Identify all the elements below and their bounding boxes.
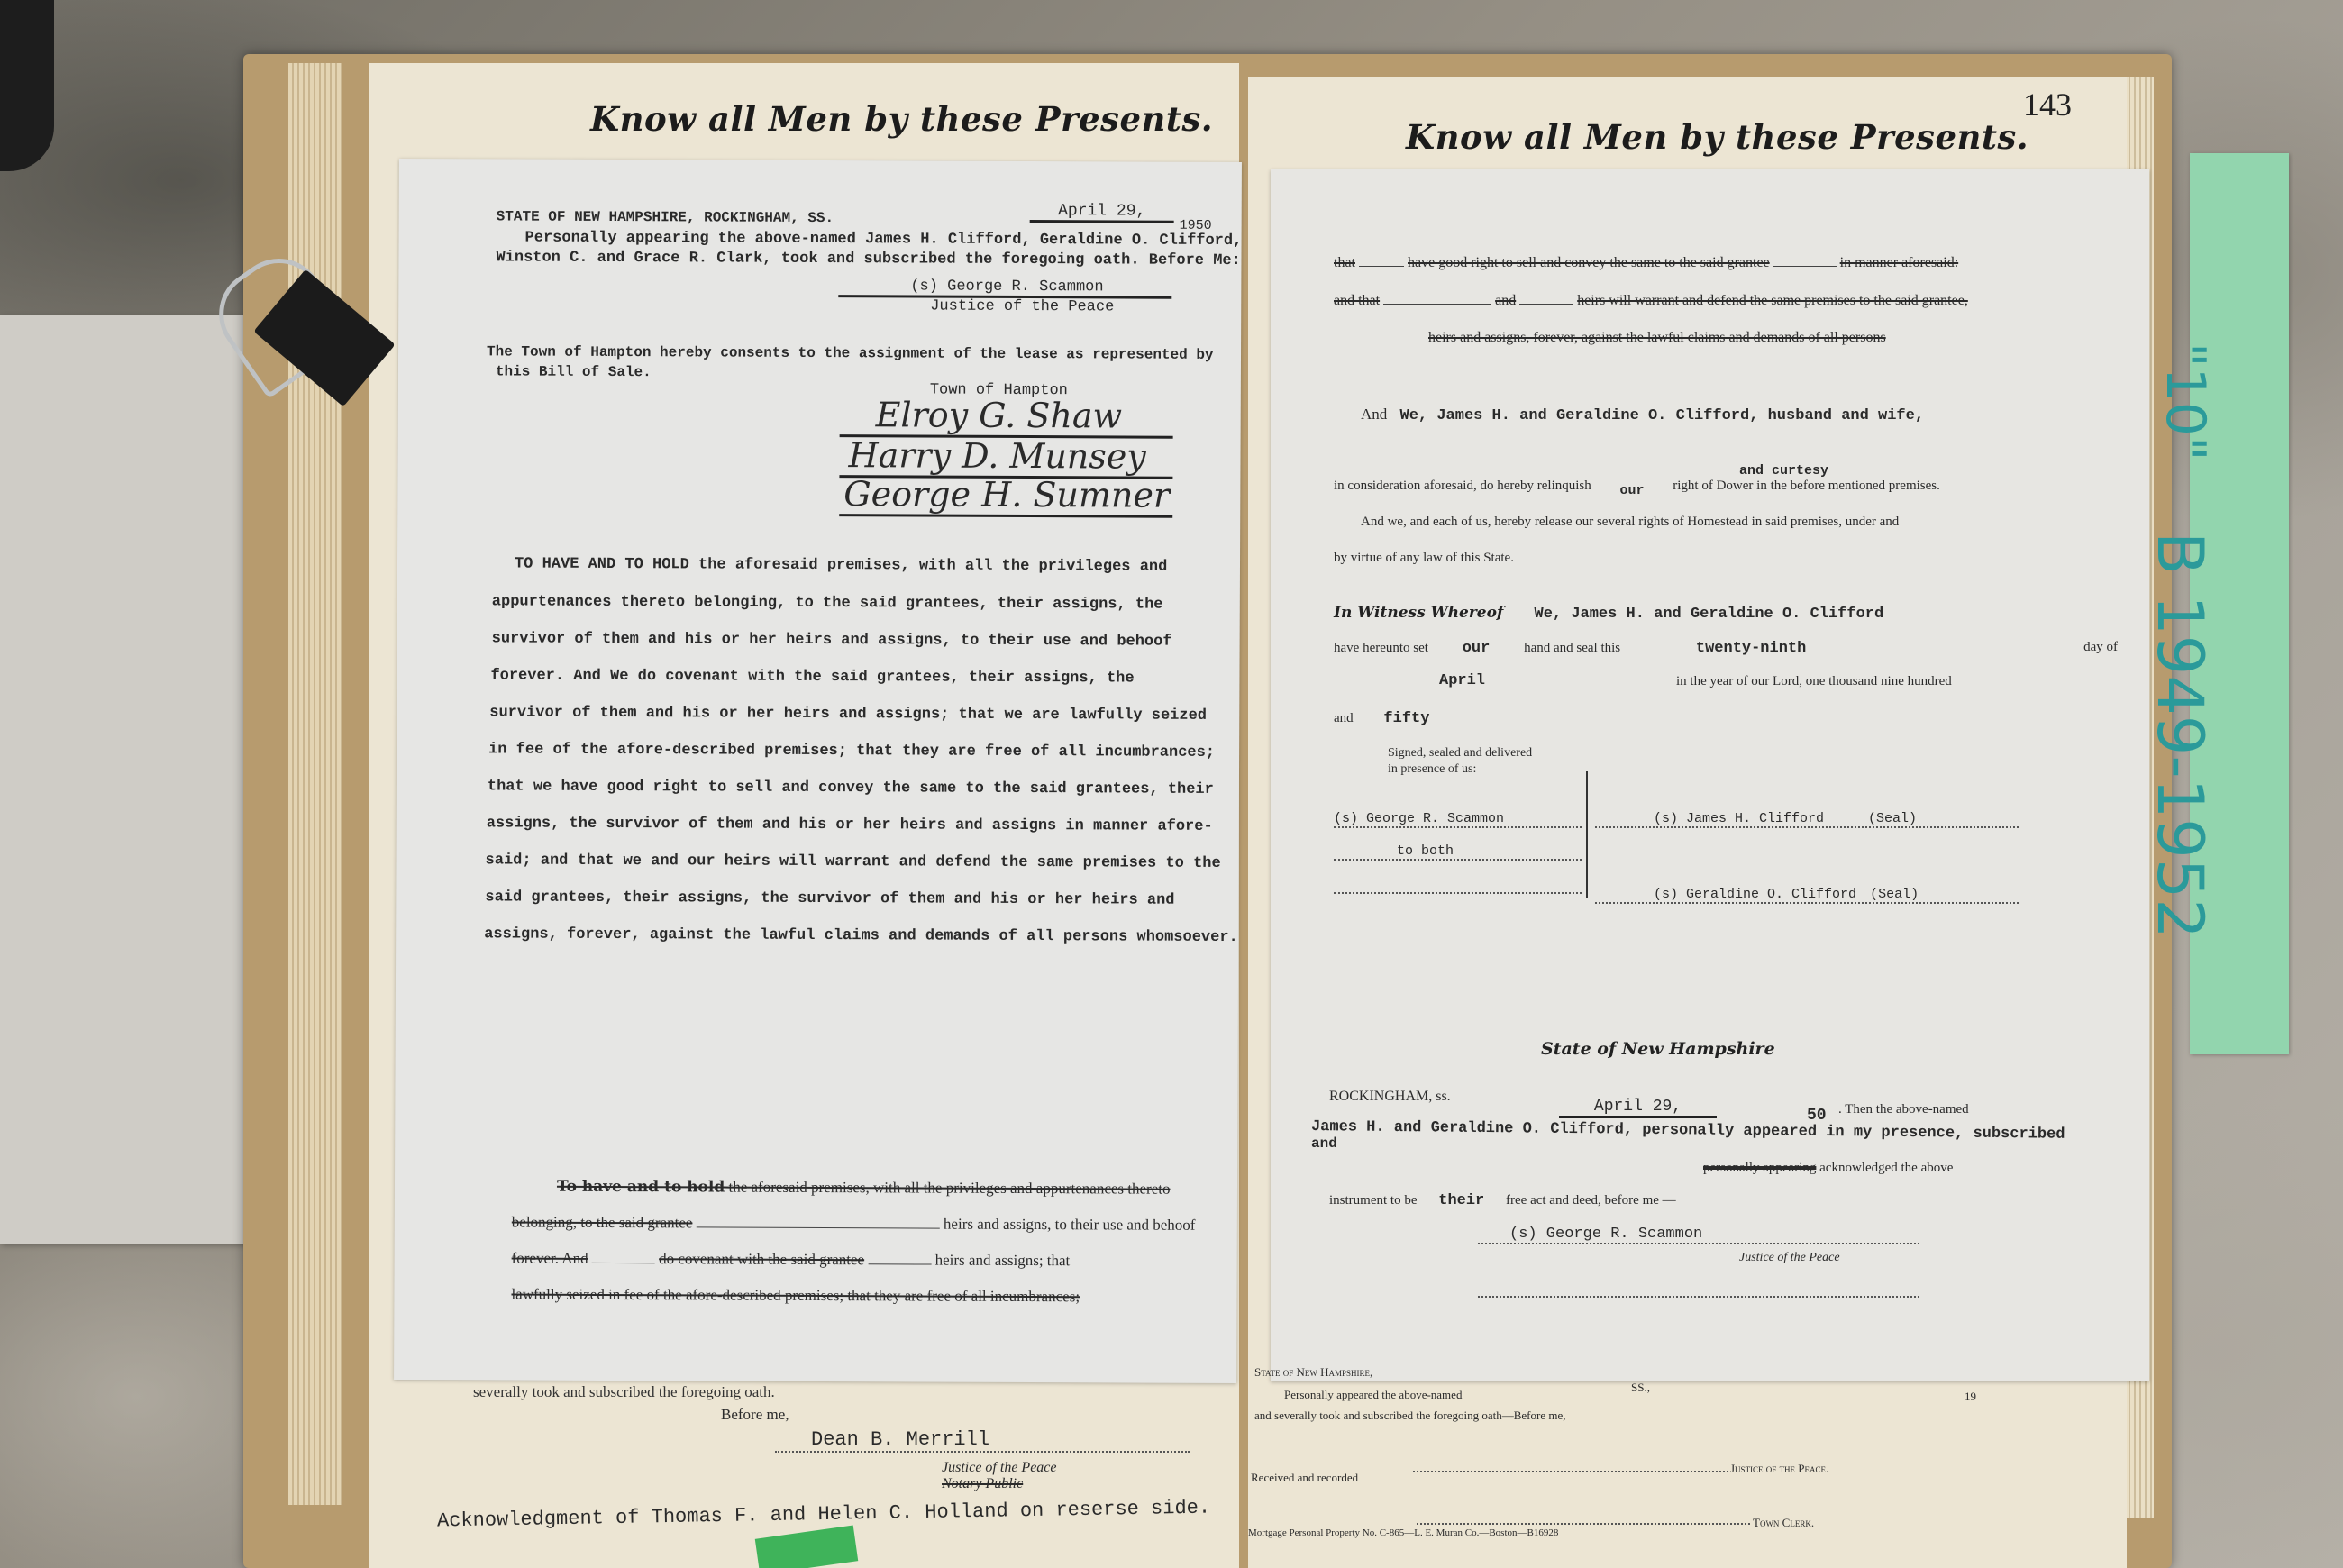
- left-page-header: Know all Men by these Presents.: [590, 99, 1213, 139]
- before-me: Before me,: [721, 1406, 789, 1424]
- signature-munsey: Harry D. Munsey: [839, 435, 1172, 479]
- struck-warrant: heirs will warrant and defend the same p…: [1577, 293, 1968, 308]
- habendum-line: appurtenances thereto belonging, to the …: [492, 593, 1163, 613]
- merrill-signature: Dean B. Merrill: [775, 1428, 1190, 1453]
- right-page-header: Know all Men by these Presents.: [1406, 117, 2028, 157]
- state-ack-year: 50: [1807, 1107, 1827, 1125]
- struck-lead: To have and to hold: [557, 1178, 725, 1197]
- seal-1: (Seal): [1868, 811, 1917, 826]
- struck-and: and: [1495, 293, 1516, 308]
- signature-bracket: [1586, 771, 1588, 898]
- hand-seal: hand and seal this: [1524, 641, 1620, 655]
- day-of: day of: [2083, 640, 2118, 655]
- seal-2: (Seal): [1870, 887, 1919, 902]
- scammon-signature: (s) George R. Scammon: [838, 278, 1171, 299]
- state-ack-jp: Justice of the Peace: [1739, 1251, 1840, 1265]
- grantor-2-signature: (s) Geraldine O. Clifford: [1654, 887, 1856, 902]
- right-of-dower: right of Dower: [1673, 479, 1753, 493]
- consent-line-2: this Bill of Sale.: [496, 363, 652, 380]
- witness-month: April: [1439, 672, 1485, 689]
- habendum-line: in fee of the afore-described premises; …: [488, 741, 1215, 761]
- witness-our: our: [1463, 640, 1491, 657]
- struck-that: that: [1334, 255, 1355, 270]
- state-ack-signature: (s) George R. Scammon: [1478, 1226, 1919, 1244]
- release-parties: We, James H. and Geraldine O. Clifford, …: [1400, 407, 1925, 424]
- leather-strap: [0, 0, 54, 171]
- page-number: 143: [2023, 86, 2072, 123]
- lower-oath: and severally took and subscribed the fo…: [1254, 1408, 1565, 1423]
- state-ack-parties: James H. and Geraldine O. Clifford, pers…: [1311, 1118, 2065, 1144]
- struck-seized: lawfully seized in fee of the afore-desc…: [511, 1286, 1080, 1307]
- in-witness-whereof: In Witness Whereof: [1334, 604, 1503, 622]
- oath-line: severally took and subscribed the forego…: [473, 1383, 775, 1401]
- homestead-line-1: And we, and each of us, hereby release o…: [1361, 515, 1899, 530]
- ack-year: 1950: [1180, 218, 1212, 233]
- habendum-line: assigns, forever, against the lawful cla…: [484, 925, 1238, 946]
- year-text: in the year of our Lord, one thousand ni…: [1676, 674, 1952, 689]
- free-act-deed: free act and deed, before me —: [1506, 1193, 1676, 1208]
- witness-parties: We, James H. and Geraldine O. Clifford: [1535, 606, 1884, 623]
- struck-manner: in manner aforesaid:: [1840, 255, 1959, 270]
- lower-appeared: Personally appeared the above-named: [1284, 1388, 1462, 1402]
- lower-state: State of New Hampshire,: [1254, 1365, 1372, 1380]
- instrument-to-be: instrument to be: [1329, 1193, 1418, 1208]
- habendum-line: assigns, the survivor of them and his or…: [487, 815, 1213, 835]
- habendum-line: said grantees, their assigns, the surviv…: [485, 889, 1174, 908]
- struck-b: do covenant with the said grantee: [659, 1250, 864, 1268]
- struck-and-that: and that: [1334, 293, 1380, 308]
- signature-shaw: Elroy G. Shaw: [840, 395, 1173, 439]
- acknowledged-above: acknowledged the above: [1819, 1161, 1953, 1175]
- year-word: fifty: [1383, 710, 1429, 727]
- habendum-line: said; and that we and our heirs will war…: [486, 852, 1221, 872]
- state-line: STATE OF NEW HAMPSHIRE, ROCKINGHAM, SS.: [497, 208, 834, 226]
- habendum-line: survivor of them and his or her heirs an…: [492, 630, 1172, 650]
- struck-rest: the aforesaid premises, with all the pri…: [728, 1179, 1170, 1198]
- habendum-line: survivor of them and his or her heirs an…: [489, 704, 1207, 724]
- witness-signature: (s) George R. Scammon: [1334, 811, 1582, 828]
- and-prefix: And: [1361, 406, 1387, 423]
- state-ack-date: April 29,: [1559, 1098, 1717, 1118]
- lower-clerk: Town Clerk.: [1753, 1516, 1814, 1530]
- struck-good-right: have good right to sell and convey the s…: [1408, 255, 1770, 270]
- habendum-line: that we have good right to sell and conv…: [488, 778, 1214, 798]
- notary-struck: Notary Public: [942, 1476, 1023, 1492]
- struck-personally-appearing: personally appearing: [1703, 1161, 1816, 1175]
- habendum-line: TO HAVE AND TO HOLD the aforesaid premis…: [515, 556, 1167, 576]
- struck-b: heirs and assigns, to their use and beho…: [944, 1216, 1196, 1234]
- state-nh-title: State of New Hampshire: [1541, 1039, 1775, 1059]
- blank-line: [1478, 1294, 1919, 1298]
- rockingham-ss: ROCKINGHAM, ss.: [1329, 1089, 1451, 1105]
- grantor-1-signature: (s) James H. Clifford: [1654, 811, 1824, 826]
- right-pasted-form-sheet: that have good right to sell and convey …: [1271, 169, 2149, 1381]
- struck-c: heirs and assigns; that: [935, 1252, 1071, 1270]
- have-set: have hereunto set: [1334, 641, 1428, 655]
- signed-sealed: Signed, sealed and delivered: [1388, 746, 1532, 761]
- and-word: and: [1334, 711, 1354, 725]
- signature-sumner: George H. Sumner: [839, 474, 1172, 518]
- dower-premises: in the before mentioned premises.: [1756, 479, 1940, 493]
- struck-a: belonging, to the said grantee: [512, 1214, 693, 1232]
- to-both: to both: [1334, 843, 1582, 861]
- their-word: their: [1438, 1192, 1484, 1209]
- presence-of-us: in presence of us:: [1388, 762, 1476, 777]
- lower-ss: SS.,: [1631, 1381, 1650, 1395]
- struck-heirs: heirs and assigns, forever, against the …: [1428, 330, 1886, 346]
- lower-received: Received and recorded: [1251, 1471, 1358, 1485]
- lower-19: 19: [1965, 1390, 1976, 1404]
- lower-jp: Justice of the Peace.: [1730, 1462, 1828, 1476]
- lower-imprint: Mortgage Personal Property No. C-865—L. …: [1248, 1527, 1558, 1538]
- sticky-note-range: B 1949-1952: [2143, 532, 2217, 939]
- ack-line-2: Winston C. and Grace R. Clark, took and …: [496, 249, 1240, 269]
- sticky-note-volume: "10": [2154, 342, 2217, 461]
- habendum-line: forever. And We do covenant with the sai…: [490, 667, 1134, 687]
- curtesy-insert: and curtesy: [1739, 463, 1828, 479]
- ack-date: April 29,: [1030, 202, 1174, 223]
- release-our: our: [1620, 483, 1645, 498]
- then-above-named: . Then the above-named: [1838, 1102, 1969, 1117]
- ack-line-1: Personally appearing the above-named Jam…: [525, 230, 1243, 250]
- scammon-title: Justice of the Peace: [930, 298, 1114, 316]
- left-pasted-typed-sheet: STATE OF NEW HAMPSHIRE, ROCKINGHAM, SS. …: [394, 159, 1242, 1383]
- witness-day: twenty-ninth: [1696, 640, 1806, 657]
- consideration-text: in consideration aforesaid, do hereby re…: [1334, 479, 1591, 493]
- state-ack-and: and: [1311, 1135, 1337, 1152]
- holland-note: Acknowledgment of Thomas F. and Helen C.…: [437, 1497, 1210, 1533]
- merrill-title: Justice of the Peace: [942, 1460, 1057, 1476]
- homestead-line-2: by virtue of any law of this State.: [1334, 551, 1514, 566]
- struck-a: forever. And: [512, 1250, 588, 1267]
- blank-witness-line: [1334, 890, 1582, 894]
- consent-line-1: The Town of Hampton hereby consents to t…: [487, 343, 1214, 363]
